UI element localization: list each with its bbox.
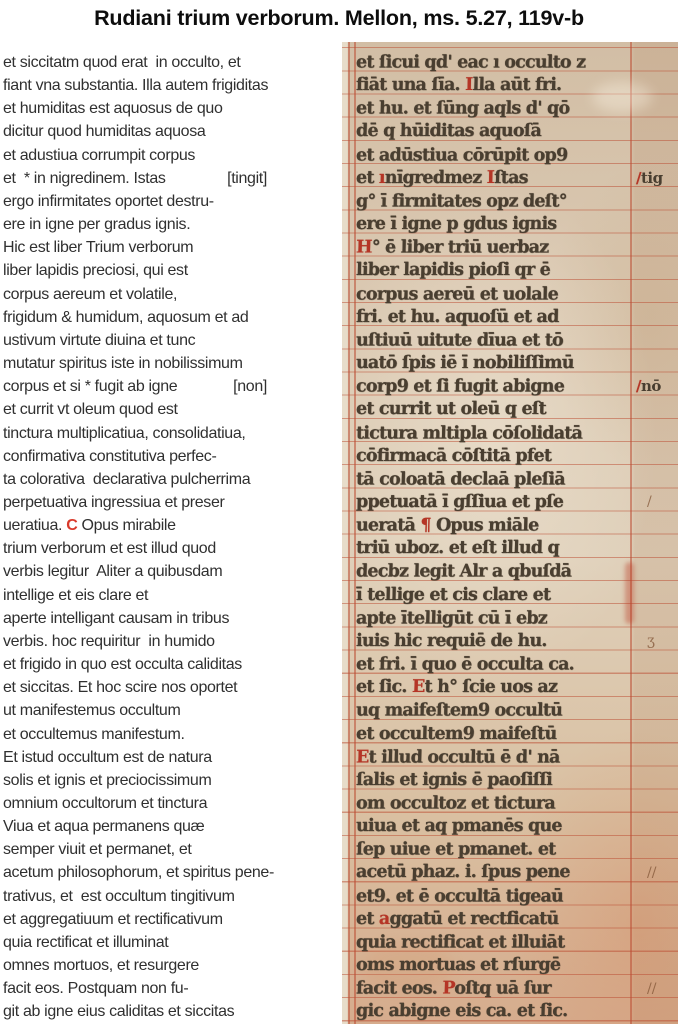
manuscript-line: corp9 et ſi fugit abigne (356, 376, 678, 399)
manuscript-margin-note: /nō (636, 375, 661, 398)
manuscript-line: quia rectificat et illuiāt (356, 931, 678, 954)
red-mark: ¶ (420, 516, 431, 536)
red-mark: I (486, 168, 494, 188)
manuscript-line: uiua et aq pmanēs que (356, 815, 678, 838)
transcription-line: Viua et aqua permanens quæ (3, 815, 340, 838)
transcription-line: omnes mortuos, et resurgere (3, 954, 340, 977)
manuscript-margin-flourish: // (647, 978, 656, 1001)
manuscript-line: uſtiuū uitute dīua et tō (356, 329, 678, 352)
manuscript-line: ppetuatā ī gſſiua et pſe (356, 491, 678, 514)
manuscript-line: cōfirmacā cōſtitā pfet (356, 445, 678, 468)
transcription-line: confirmativa constitutiva perfec- (3, 445, 340, 468)
transcription-line: et adustiua corrumpit corpus (3, 144, 340, 167)
transcription-line: acetum philosophorum, et spiritus pene- (3, 861, 340, 884)
bracket-note: [non] (233, 375, 267, 398)
manuscript-line: corpus aereū et uolale (356, 283, 678, 306)
manuscript-line: et ſic. Et h° ſcie uos az (356, 676, 678, 699)
manuscript-line: liber lapidis pioſi qr ē (356, 259, 678, 282)
manuscript-line: decbz legit Alr a qbuſdā (356, 561, 678, 584)
transcription-line: ergo infirmitates oportet destru- (3, 190, 340, 213)
transcription-line: solis et ignis et preciocissimum (3, 769, 340, 792)
red-mark: E (356, 747, 369, 767)
manuscript-line: et ſicui qd' eac ı occulto z (356, 51, 678, 74)
transcription-line: fiant vna substantia. Illa autem frigidi… (3, 74, 340, 97)
red-mark: E (412, 677, 425, 697)
manuscript-line: acetū phaz. i. ſpus pene (356, 861, 678, 884)
manuscript-line: oms mortuas et rſurgē (356, 954, 678, 977)
transcription-line: mutatur spiritus iste in nobilissimum (3, 352, 340, 375)
manuscript-line: iuis hic requiē de hu. (356, 630, 678, 653)
transcription-line: et siccitatm quod erat in occulto, et (3, 51, 340, 74)
transcription-line: trium verborum et est illud quod (3, 537, 340, 560)
transcription-line: perpetuativa ingressiua et preser (3, 491, 340, 514)
transcription-line: ere in igne per gradus ignis. (3, 213, 340, 236)
manuscript-line: g° ī firmitates opz deſt° (356, 190, 678, 213)
transcription-line: et * in nigredinem. Istas[tingit] (3, 167, 340, 190)
manuscript-line: et hu. et ſūng aqls d' qō (356, 98, 678, 121)
manuscript-line: H° ē liber triū uerbaz (356, 237, 678, 260)
transcription-line: semper viuit et permanet, et (3, 838, 340, 861)
manuscript-line: om occultoz et tictura (356, 792, 678, 815)
manuscript-margin-flourish: ʒ (647, 630, 655, 653)
transcription-line: Et istud occultum est de natura (3, 746, 340, 769)
transcription-line: aperte intelligant causam in tribus (3, 607, 340, 630)
manuscript-line: triū uboz. et eſt illud q (356, 537, 678, 560)
transcription-line: frigidum & humidum, aquosum et ad (3, 306, 340, 329)
manuscript-line: ueratā ¶ Opus miāle (356, 515, 678, 538)
manuscript-line: fiāt una ſīa. Illa aūt fri. (356, 74, 678, 97)
transcription-line: git ab igne eius caliditas et siccitas (3, 1000, 340, 1023)
manuscript-line: ſalis et ignis ē paoſiſſi (356, 769, 678, 792)
manuscript-line: ere ī igne p gdus ignis (356, 213, 678, 236)
manuscript-text: et ſicui qd' eac ı occulto zfiāt una ſīa… (356, 51, 678, 1024)
manuscript-line: et ınīgredmez Iſtas (356, 167, 678, 190)
manuscript-line: uq maifeſtem9 occultū (356, 700, 678, 723)
transcription-line: et currit vt oleum quod est (3, 398, 340, 421)
transcription-line: et occultemus manifestum. (3, 723, 340, 746)
transcription-line: corpus aereum et volatile, (3, 283, 340, 306)
manuscript-line: tictura mltipla cōſolidatā (356, 422, 678, 445)
red-mark: / (636, 169, 641, 187)
transcription-line: intellige et eis clare et (3, 584, 340, 607)
manuscript-line: et9. et ē occultā tigeaū (356, 885, 678, 908)
transcription-line: et aggregatiuum et rectificativum (3, 908, 340, 931)
transcription-line: omnium occultorum et tinctura (3, 792, 340, 815)
transcription-line: ustivum virtute diuina et tunc (3, 329, 340, 352)
red-mark: I (465, 75, 473, 95)
manuscript-line: ī tellige et cis clare et (356, 584, 678, 607)
transcription-line: corpus et si * fugit ab igne[non] (3, 375, 340, 398)
manuscript-line: uatō ſpis iē ī nobiliſſimū (356, 352, 678, 375)
manuscript-line: et fri. ī quo ē occulta ca. (356, 653, 678, 676)
transcription-line: trativus, et est occultum tingitivum (3, 885, 340, 908)
manuscript-left-rule (348, 42, 350, 1024)
transcription-line: et humiditas est aquosus de quo (3, 97, 340, 120)
bracket-note: [tingit] (227, 167, 267, 190)
transcription-line: ta colorativa declarativa pulcherrima (3, 468, 340, 491)
transcription-line: et frigido in quo est occulta caliditas (3, 653, 340, 676)
transcription-line: verbis legitur Aliter a quibusdam (3, 560, 340, 583)
red-mark: a (379, 909, 390, 929)
manuscript-image: et ſicui qd' eac ı occulto zfiāt una ſīa… (342, 42, 678, 1024)
transcription-line: ueratiua. C Opus mirabile (3, 514, 340, 537)
manuscript-line: et adūstiua cōrūpit op9 (356, 144, 678, 167)
manuscript-line: apte ītelligūt cū ī ebz (356, 607, 678, 630)
manuscript-line: facit eos. Poſtq uā ſur (356, 978, 678, 1001)
manuscript-line: fri. et hu. aquoſū et ad (356, 306, 678, 329)
transcription-line: quia rectificat et illuminat (3, 931, 340, 954)
page: Rudiani trium verborum. Mellon, ms. 5.27… (0, 0, 678, 1024)
red-mark: H (356, 238, 372, 258)
transcription-line: tinctura multiplicatiua, consolidatiua, (3, 422, 340, 445)
transcription-line: et siccitas. Et hoc scire nos oportet (3, 676, 340, 699)
transcription-column: et siccitatm quod erat in occulto, etfia… (3, 51, 340, 1024)
red-mark: C (66, 517, 77, 534)
transcription-line: facit eos. Postquam non fu- (3, 977, 340, 1000)
manuscript-line: gic abigne eis ca. et ſic. (356, 1000, 678, 1023)
red-mark: P (442, 979, 454, 999)
red-mark: ı (379, 168, 385, 188)
manuscript-line: tā coloatā declaā pleſiā (356, 468, 678, 491)
manuscript-line: et currit ut oleū q eſt (356, 398, 678, 421)
manuscript-line: et occultem9 maifeſtū (356, 723, 678, 746)
manuscript-margin-flourish: / (647, 491, 652, 514)
page-title: Rudiani trium verborum. Mellon, ms. 5.27… (0, 6, 678, 31)
transcription-line: Hic est liber Trium verborum (3, 236, 340, 259)
manuscript-line: dē q hūiditas aquoſā (356, 120, 678, 143)
manuscript-line: et aggatū et rectficatū (356, 908, 678, 931)
manuscript-margin-flourish: // (647, 862, 656, 885)
transcription-line: verbis. hoc requiritur in humido (3, 630, 340, 653)
red-mark: / (636, 377, 641, 395)
transcription-line: liber lapidis preciosi, qui est (3, 259, 340, 282)
manuscript-line: ſep uiue et pmanet. et (356, 839, 678, 862)
manuscript-margin-note: /tig (636, 167, 663, 190)
transcription-line: dicitur quod humiditas aquosa (3, 120, 340, 143)
manuscript-line: Et illud occultū ē d' nā (356, 746, 678, 769)
transcription-line: ut manifestemus occultum (3, 699, 340, 722)
